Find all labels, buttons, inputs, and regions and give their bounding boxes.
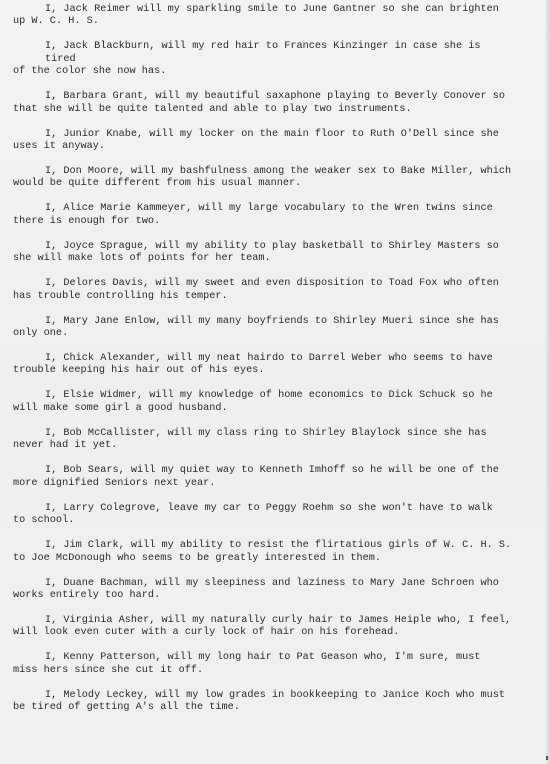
paragraph-first-line: I, Virginia Asher, will my naturally cur… bbox=[13, 615, 513, 627]
paragraph-first-line: I, Junior Knabe, will my locker on the m… bbox=[13, 129, 513, 141]
paragraph-first-line: I, Mary Jane Enlow, will my many boyfrie… bbox=[13, 316, 513, 328]
will-paragraph: I, Bob Sears, will my quiet way to Kenne… bbox=[13, 465, 513, 490]
paragraph-first-line: I, Elsie Widmer, will my knowledge of ho… bbox=[13, 390, 513, 402]
paragraph-first-line: I, Larry Colegrove, leave my car to Pegg… bbox=[13, 503, 513, 515]
will-paragraph: I, Mary Jane Enlow, will my many boyfrie… bbox=[13, 316, 513, 341]
page-edge-shadow bbox=[546, 0, 550, 764]
paragraph-continuation-line: that she will be quite talented and able… bbox=[13, 104, 513, 116]
paragraph-first-line: I, Chick Alexander, will my neat hairdo … bbox=[13, 353, 513, 365]
paragraph-first-line: I, Bob McCallister, will my class ring t… bbox=[13, 428, 513, 440]
paragraph-continuation-line: more dignified Seniors next year. bbox=[13, 478, 513, 490]
paragraph-continuation-line: to school. bbox=[13, 515, 513, 527]
paragraph-first-line: I, Jack Reimer will my sparkling smile t… bbox=[13, 4, 513, 16]
paragraph-first-line: I, Bob Sears, will my quiet way to Kenne… bbox=[13, 465, 513, 477]
will-paragraph: I, Virginia Asher, will my naturally cur… bbox=[13, 615, 513, 640]
will-paragraph: I, Jack Reimer will my sparkling smile t… bbox=[13, 4, 513, 29]
will-paragraph: I, Larry Colegrove, leave my car to Pegg… bbox=[13, 503, 513, 528]
paragraph-first-line: I, Barbara Grant, will my beautiful saxa… bbox=[13, 91, 513, 103]
paragraph-first-line: I, Duane Bachman, will my sleepiness and… bbox=[13, 578, 513, 590]
paragraph-continuation-line: trouble keeping his hair out of his eyes… bbox=[13, 365, 513, 377]
will-paragraph: I, Jack Blackburn, will my red hair to F… bbox=[13, 41, 513, 78]
paragraph-first-line: I, Alice Marie Kammeyer, will my large v… bbox=[13, 203, 513, 215]
will-paragraph: I, Duane Bachman, will my sleepiness and… bbox=[13, 578, 513, 603]
will-paragraph: I, Bob McCallister, will my class ring t… bbox=[13, 428, 513, 453]
paragraph-continuation-line: has trouble controlling his temper. bbox=[13, 291, 513, 303]
class-will-document: I, Jack Reimer will my sparkling smile t… bbox=[13, 4, 513, 727]
paragraph-continuation-line: up W. C. H. S. bbox=[13, 16, 513, 28]
paragraph-first-line: I, Don Moore, will my bashfulness among … bbox=[13, 166, 513, 178]
paragraph-continuation-line: uses it anyway. bbox=[13, 141, 513, 153]
paragraph-continuation-line: she will make lots of points for her tea… bbox=[13, 253, 513, 265]
paragraph-continuation-line: to Joe McDonough who seems to be greatly… bbox=[13, 553, 513, 565]
paragraph-first-line: I, Jack Blackburn, will my red hair to F… bbox=[13, 41, 513, 66]
paragraph-continuation-line: of the color she now has. bbox=[13, 66, 513, 78]
paragraph-continuation-line: would be quite different from his usual … bbox=[13, 178, 513, 190]
will-paragraph: I, Joyce Sprague, will my ability to pla… bbox=[13, 241, 513, 266]
scan-speck bbox=[546, 756, 548, 760]
paragraph-continuation-line: will look even cuter with a curly lock o… bbox=[13, 627, 513, 639]
will-paragraph: I, Kenny Patterson, will my long hair to… bbox=[13, 652, 513, 677]
will-paragraph: I, Don Moore, will my bashfulness among … bbox=[13, 166, 513, 191]
paragraph-first-line: I, Melody Leckey, will my low grades in … bbox=[13, 690, 513, 702]
paragraph-continuation-line: will make some girl a good husband. bbox=[13, 403, 513, 415]
will-paragraph: I, Jim Clark, will my ability to resist … bbox=[13, 540, 513, 565]
paragraph-first-line: I, Delores Davis, will my sweet and even… bbox=[13, 278, 513, 290]
paragraph-continuation-line: there is enough for two. bbox=[13, 216, 513, 228]
will-paragraph: I, Delores Davis, will my sweet and even… bbox=[13, 278, 513, 303]
paragraph-continuation-line: only one. bbox=[13, 328, 513, 340]
paragraph-continuation-line: be tired of getting A's all the time. bbox=[13, 702, 513, 714]
paragraph-continuation-line: works entirely too hard. bbox=[13, 590, 513, 602]
paragraph-continuation-line: miss hers since she cut it off. bbox=[13, 665, 513, 677]
will-paragraph: I, Alice Marie Kammeyer, will my large v… bbox=[13, 203, 513, 228]
will-paragraph: I, Melody Leckey, will my low grades in … bbox=[13, 690, 513, 715]
will-paragraph: I, Chick Alexander, will my neat hairdo … bbox=[13, 353, 513, 378]
paragraph-continuation-line: never had it yet. bbox=[13, 440, 513, 452]
will-paragraph: I, Junior Knabe, will my locker on the m… bbox=[13, 129, 513, 154]
typewritten-page: I, Jack Reimer will my sparkling smile t… bbox=[0, 0, 550, 764]
paragraph-first-line: I, Joyce Sprague, will my ability to pla… bbox=[13, 241, 513, 253]
paragraph-first-line: I, Jim Clark, will my ability to resist … bbox=[13, 540, 513, 552]
paragraph-first-line: I, Kenny Patterson, will my long hair to… bbox=[13, 652, 513, 664]
will-paragraph: I, Elsie Widmer, will my knowledge of ho… bbox=[13, 390, 513, 415]
will-paragraph: I, Barbara Grant, will my beautiful saxa… bbox=[13, 91, 513, 116]
